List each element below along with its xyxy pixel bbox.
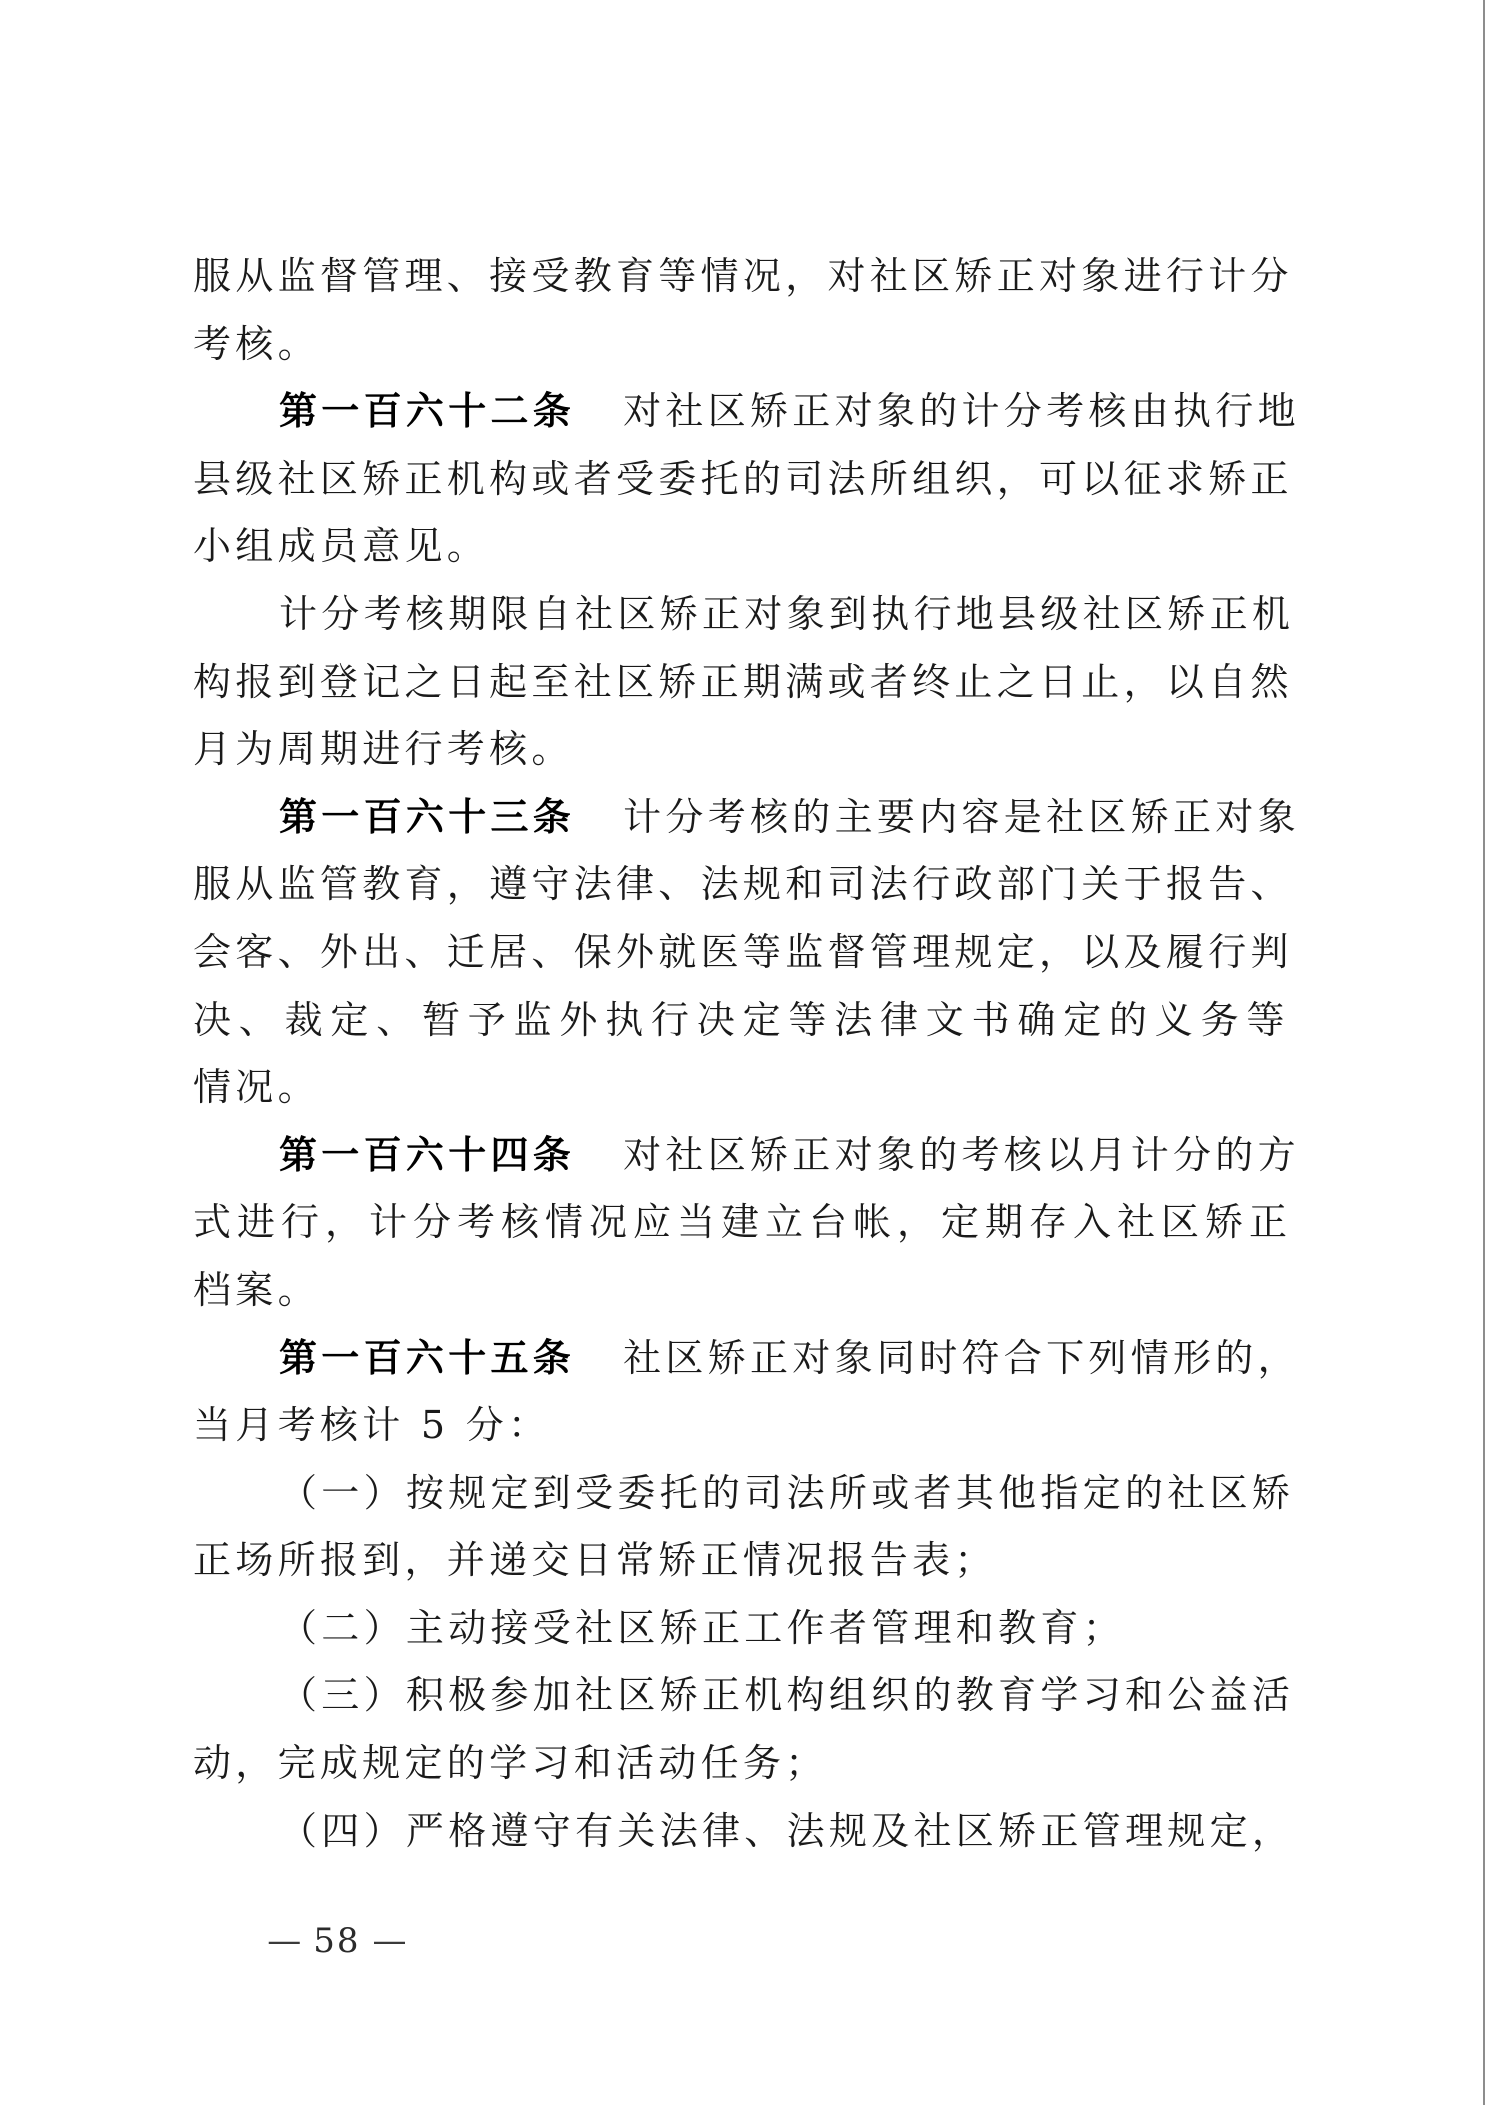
text-line: 小组成员意见。 bbox=[193, 513, 1297, 581]
article-line: 第一百六十五条社区矫正对象同时符合下列情形的， bbox=[193, 1325, 1297, 1393]
line-text: 构报到登记之日起至社区矫正期满或者终止之日止，以自然 bbox=[193, 660, 1293, 704]
list-item-line: （三）积极参加社区矫正机构组织的教育学习和公益活 bbox=[193, 1662, 1297, 1730]
text-line: 动，完成规定的学习和活动任务； bbox=[193, 1730, 1297, 1798]
footer-dash-right: — bbox=[373, 1921, 407, 1961]
list-item-line: （二）主动接受社区矫正工作者管理和教育； bbox=[193, 1595, 1297, 1663]
page-footer: —58— bbox=[224, 1884, 407, 1998]
line-text: （二）主动接受社区矫正工作者管理和教育； bbox=[279, 1606, 1125, 1650]
article-number: 第一百六十四条 bbox=[279, 1133, 575, 1177]
article-line: 第一百六十三条计分考核的主要内容是社区矫正对象 bbox=[193, 784, 1297, 852]
article-number: 第一百六十二条 bbox=[279, 389, 575, 433]
text-line: 考核。 bbox=[193, 311, 1297, 379]
text-line: 服从监督管理、接受教育等情况，对社区矫正对象进行计分 bbox=[193, 243, 1297, 311]
line-text: 档案。 bbox=[193, 1268, 320, 1312]
text-line: 计分考核期限自社区矫正对象到执行地县级社区矫正机 bbox=[193, 581, 1297, 649]
article-number: 第一百六十三条 bbox=[279, 795, 575, 839]
document-body: 服从监督管理、接受教育等情况，对社区矫正对象进行计分 考核。 第一百六十二条对社… bbox=[193, 243, 1297, 1865]
line-text: 当月考核计 5 分： bbox=[193, 1403, 550, 1447]
line-text: （一）按规定到受委托的司法所或者其他指定的社区矫 bbox=[279, 1471, 1294, 1515]
text-line: 式进行，计分考核情况应当建立台帐，定期存入社区矫正 bbox=[193, 1189, 1297, 1257]
text-line: 会客、外出、迁居、保外就医等监督管理规定，以及履行判 bbox=[193, 919, 1297, 987]
list-item-line: （一）按规定到受委托的司法所或者其他指定的社区矫 bbox=[193, 1460, 1297, 1528]
line-text: 服从监督管理、接受教育等情况，对社区矫正对象进行计分 bbox=[193, 254, 1293, 298]
line-text: 考核。 bbox=[193, 322, 320, 366]
footer-dash-left: — bbox=[267, 1921, 301, 1961]
line-text: （四）严格遵守有关法律、法规及社区矫正管理规定， bbox=[279, 1809, 1294, 1853]
list-item-line: （四）严格遵守有关法律、法规及社区矫正管理规定， bbox=[193, 1798, 1297, 1866]
text-line: 构报到登记之日起至社区矫正期满或者终止之日止，以自然 bbox=[193, 649, 1297, 717]
line-text: 动，完成规定的学习和活动任务； bbox=[193, 1741, 828, 1785]
line-text: （三）积极参加社区矫正机构组织的教育学习和公益活 bbox=[279, 1673, 1294, 1717]
line-text: 正场所报到，并递交日常矫正情况报告表； bbox=[193, 1538, 997, 1582]
line-text: 县级社区矫正机构或者受委托的司法所组织，可以征求矫正 bbox=[193, 457, 1293, 501]
document-page: 服从监督管理、接受教育等情况，对社区矫正对象进行计分 考核。 第一百六十二条对社… bbox=[0, 0, 1488, 2105]
scan-edge-line bbox=[1483, 0, 1485, 2105]
article-line: 第一百六十四条对社区矫正对象的考核以月计分的方 bbox=[193, 1122, 1297, 1190]
line-text: 计分考核期限自社区矫正对象到执行地县级社区矫正机 bbox=[279, 592, 1294, 636]
line-text: 服从监管教育，遵守法律、法规和司法行政部门关于报告、 bbox=[193, 862, 1293, 906]
text-line: 当月考核计 5 分： bbox=[193, 1392, 1297, 1460]
line-text: 月为周期进行考核。 bbox=[193, 727, 574, 771]
text-line: 月为周期进行考核。 bbox=[193, 716, 1297, 784]
text-line: 档案。 bbox=[193, 1257, 1297, 1325]
page-number: 58 bbox=[313, 1921, 360, 1961]
text-line: 服从监管教育，遵守法律、法规和司法行政部门关于报告、 bbox=[193, 851, 1297, 919]
line-text: 决、裁定、暂予监外执行决定等法律文书确定的义务等 bbox=[193, 998, 1292, 1042]
line-text: 小组成员意见。 bbox=[193, 524, 489, 568]
text-line: 正场所报到，并递交日常矫正情况报告表； bbox=[193, 1527, 1297, 1595]
line-text: 式进行，计分考核情况应当建立台帐，定期存入社区矫正 bbox=[193, 1200, 1293, 1244]
line-text: 对社区矫正对象的计分考核由执行地 bbox=[623, 389, 1300, 433]
line-text: 对社区矫正对象的考核以月计分的方 bbox=[623, 1133, 1300, 1177]
text-line: 决、裁定、暂予监外执行决定等法律文书确定的义务等 bbox=[193, 987, 1297, 1055]
line-text: 社区矫正对象同时符合下列情形的， bbox=[623, 1336, 1300, 1380]
line-text: 计分考核的主要内容是社区矫正对象 bbox=[623, 795, 1300, 839]
line-text: 情况。 bbox=[193, 1065, 320, 1109]
line-text: 会客、外出、迁居、保外就医等监督管理规定，以及履行判 bbox=[193, 930, 1293, 974]
text-line: 县级社区矫正机构或者受委托的司法所组织，可以征求矫正 bbox=[193, 446, 1297, 514]
text-line: 情况。 bbox=[193, 1054, 1297, 1122]
article-number: 第一百六十五条 bbox=[279, 1336, 575, 1380]
article-line: 第一百六十二条对社区矫正对象的计分考核由执行地 bbox=[193, 378, 1297, 446]
